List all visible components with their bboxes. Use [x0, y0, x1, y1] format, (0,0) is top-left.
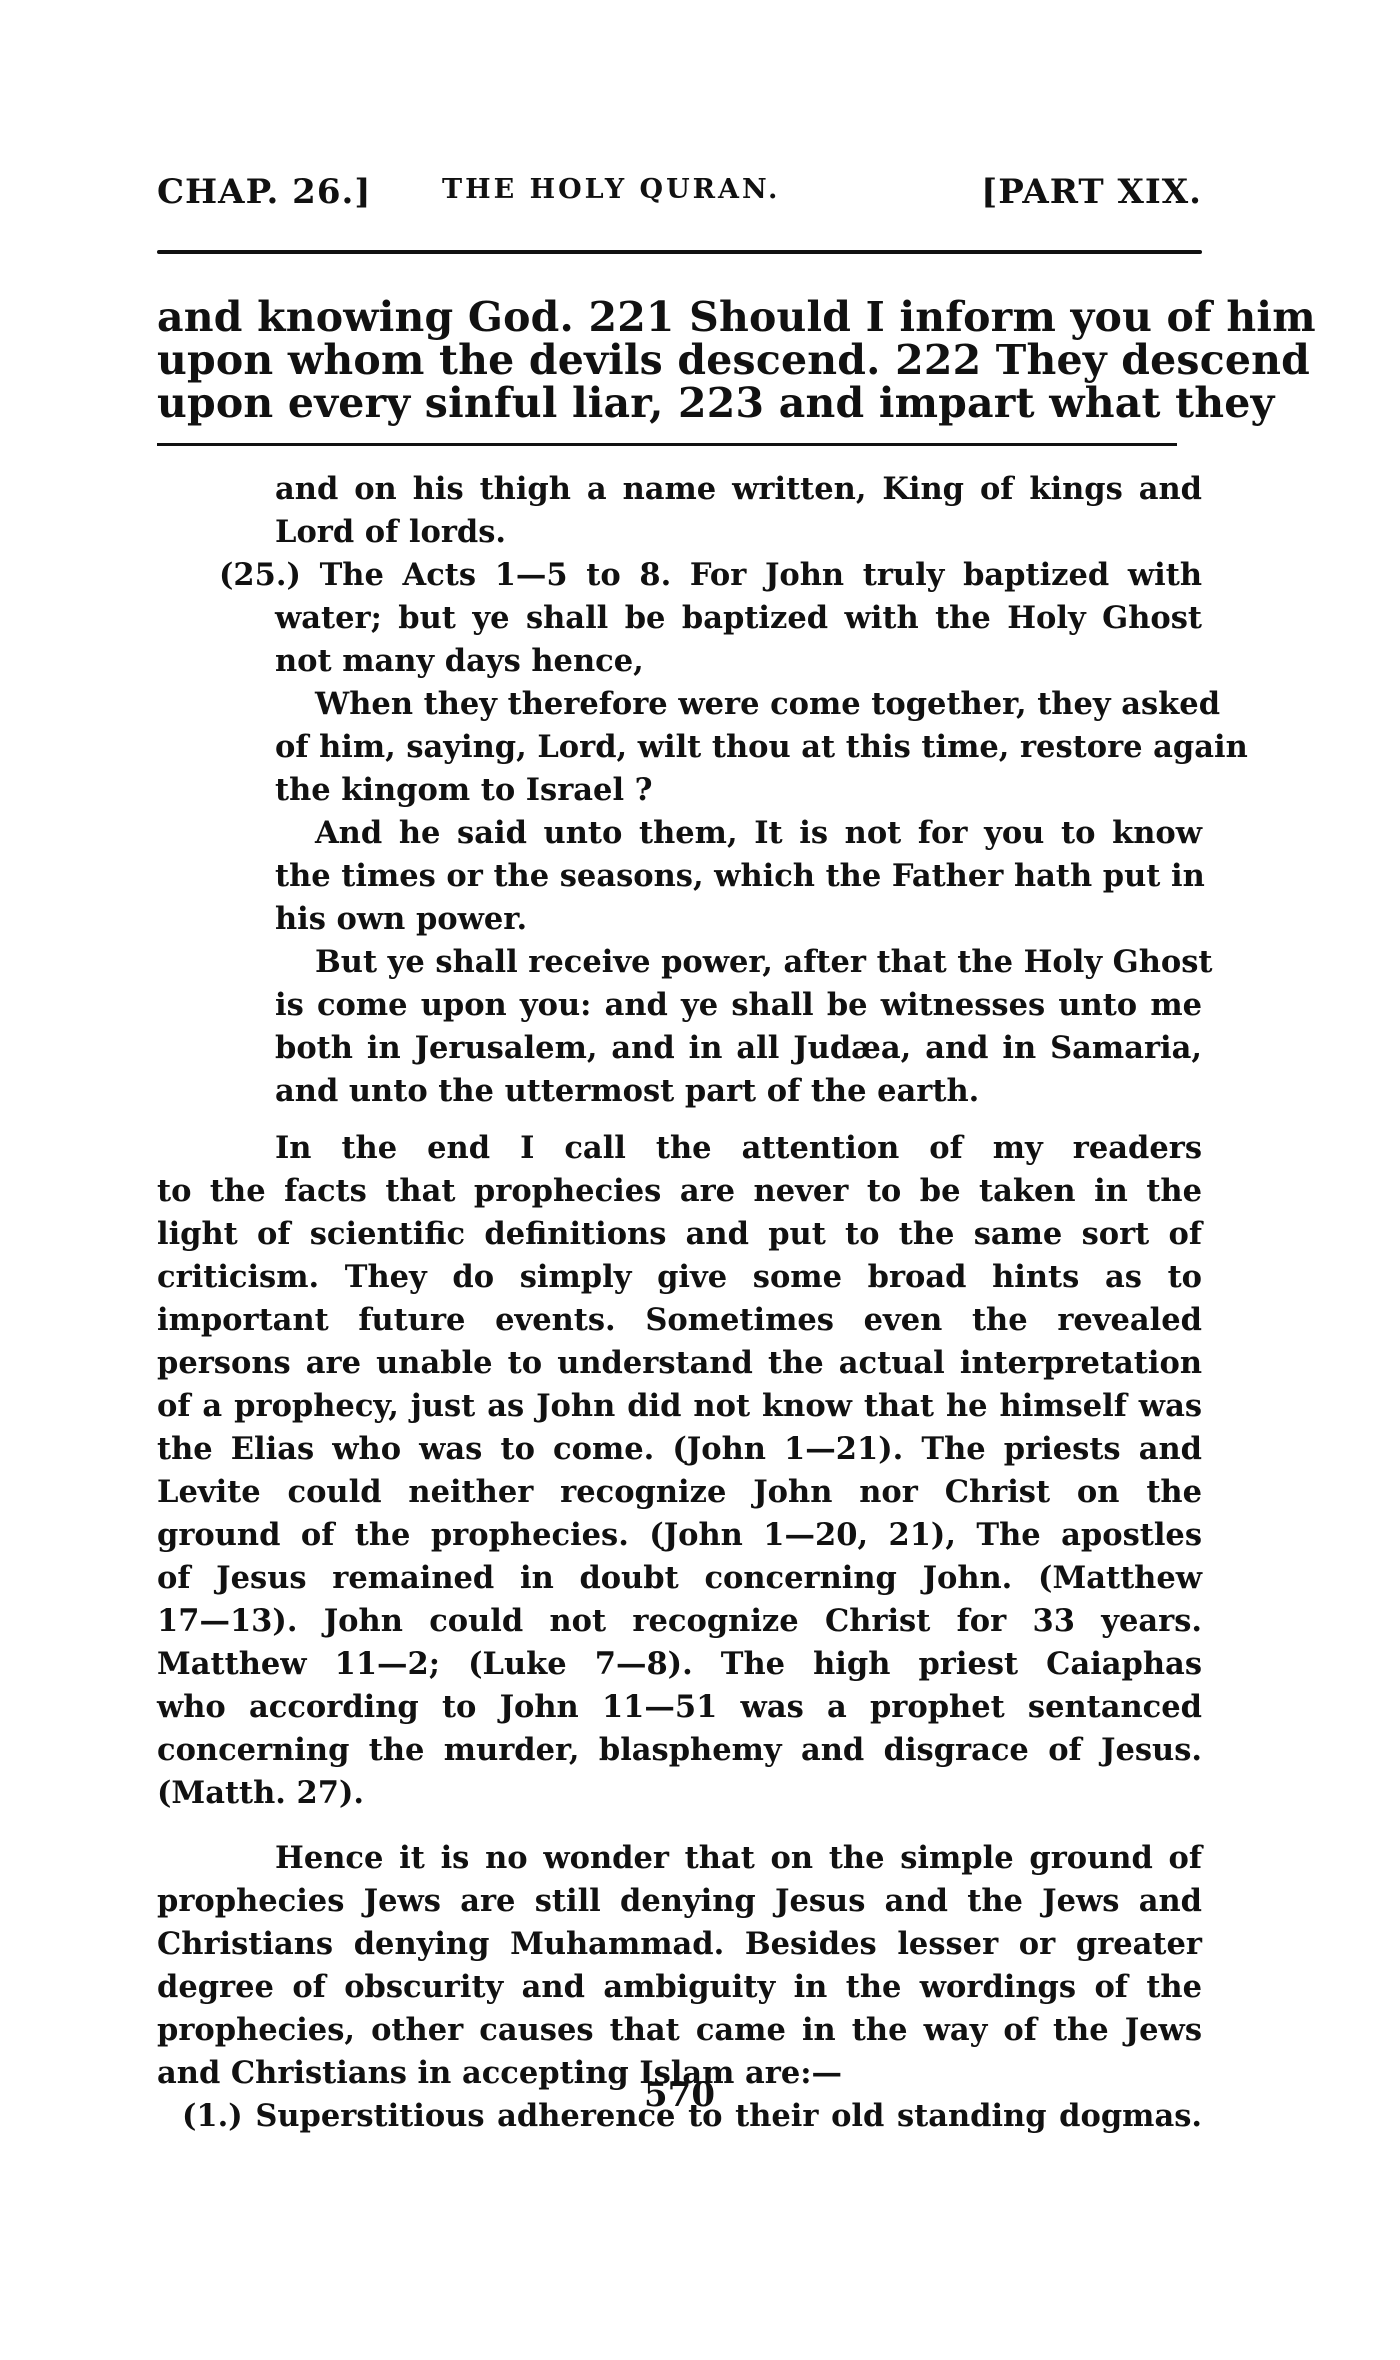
- commentary-line: 17—13). John could not recognize Christ …: [157, 1600, 1202, 1643]
- commentary-line: his own power.: [157, 898, 1202, 941]
- commentary-line: to the facts that prophecies are never t…: [157, 1170, 1202, 1213]
- commentary: and on his thigh a name written, King of…: [157, 468, 1202, 2138]
- commentary-line: prophecies, other causes that came in th…: [157, 2009, 1202, 2052]
- book-title: THE HOLY QURAN.: [442, 174, 780, 205]
- commentary-line: criticism. They do simply give some broa…: [157, 1256, 1202, 1299]
- footnote-rule: [157, 443, 1177, 446]
- chapter-label: CHAP. 26.]: [157, 172, 371, 212]
- commentary-line: light of scientific definitions and put …: [157, 1213, 1202, 1256]
- commentary-line: concerning the murder, blasphemy and dis…: [157, 1729, 1202, 1772]
- header-rule: [157, 250, 1202, 254]
- commentary-line: of him, saying, Lord, wilt thou at this …: [157, 726, 1202, 769]
- commentary-line: of a prophecy, just as John did not know…: [157, 1385, 1202, 1428]
- page-number: 570: [157, 2075, 1202, 2115]
- commentary-line: Levite could neither recognize John nor …: [157, 1471, 1202, 1514]
- commentary-line: of Jesus remained in doubt concerning Jo…: [157, 1557, 1202, 1600]
- commentary-line: the Elias who was to come. (John 1—21). …: [157, 1428, 1202, 1471]
- verse-line: upon whom the devils descend. 222 They d…: [157, 339, 1202, 382]
- commentary-block-king-of-kings: and on his thigh a name written, King of…: [157, 468, 1202, 554]
- paragraph-hence: Hence it is no wonder that on the simple…: [157, 1837, 1202, 2095]
- commentary-line: Christians denying Muhammad. Besides les…: [157, 1923, 1202, 1966]
- commentary-line: important future events. Sometimes even …: [157, 1299, 1202, 1342]
- note-25: (25.) The Acts 1—5 to 8. For John truly …: [157, 554, 1202, 683]
- paragraph-and-he-said: And he said unto them, It is not for you…: [157, 812, 1202, 941]
- commentary-line: who according to John 11—51 was a prophe…: [157, 1686, 1202, 1729]
- commentary-line: Matthew 11—2; (Luke 7—8). The high pries…: [157, 1643, 1202, 1686]
- commentary-line: the kingom to Israel ?: [157, 769, 1202, 812]
- book-page: CHAP. 26.] THE HOLY QURAN. [PART XIX. an…: [157, 150, 1202, 2138]
- commentary-line: Lord of lords.: [275, 511, 1202, 554]
- commentary-line: water; but ye shall be baptized with the…: [157, 597, 1202, 640]
- commentary-line: In the end I call the attention of my re…: [157, 1127, 1202, 1170]
- commentary-line: Hence it is no wonder that on the simple…: [157, 1837, 1202, 1880]
- paragraph-in-the-end: In the end I call the attention of my re…: [157, 1127, 1202, 1815]
- commentary-line: and on his thigh a name written, King of…: [275, 468, 1202, 511]
- commentary-line: (Matth. 27).: [157, 1772, 1202, 1815]
- paragraph-but-ye-shall: But ye shall receive power, after that t…: [157, 941, 1202, 1113]
- verse-line: and knowing God. 221 Should I inform you…: [157, 296, 1202, 339]
- verse-text: and knowing God. 221 Should I inform you…: [157, 296, 1202, 425]
- commentary-line: the times or the seasons, which the Fath…: [157, 855, 1202, 898]
- commentary-line: both in Jerusalem, and in all Judæa, and…: [157, 1027, 1202, 1070]
- paragraph-when-they: When they therefore were come together, …: [157, 683, 1202, 812]
- commentary-line: ground of the prophecies. (John 1—20, 21…: [157, 1514, 1202, 1557]
- commentary-line: is come upon you: and ye shall be witnes…: [157, 984, 1202, 1027]
- running-head: CHAP. 26.] THE HOLY QURAN. [PART XIX.: [157, 150, 1202, 210]
- verse-line: upon every sinful liar, 223 and impart w…: [157, 382, 1202, 425]
- commentary-line: prophecies Jews are still denying Jesus …: [157, 1880, 1202, 1923]
- commentary-line: degree of obscurity and ambiguity in the…: [157, 1966, 1202, 2009]
- commentary-line: persons are unable to understand the act…: [157, 1342, 1202, 1385]
- commentary-line: But ye shall receive power, after that t…: [157, 941, 1202, 984]
- part-label: [PART XIX.: [981, 172, 1202, 212]
- commentary-line: not many days hence,: [157, 640, 1202, 683]
- commentary-line: And he said unto them, It is not for you…: [157, 812, 1202, 855]
- commentary-line: and unto the uttermost part of the earth…: [157, 1070, 1202, 1113]
- commentary-line: When they therefore were come together, …: [157, 683, 1202, 726]
- note-25-heading-line: (25.) The Acts 1—5 to 8. For John truly …: [157, 554, 1202, 597]
